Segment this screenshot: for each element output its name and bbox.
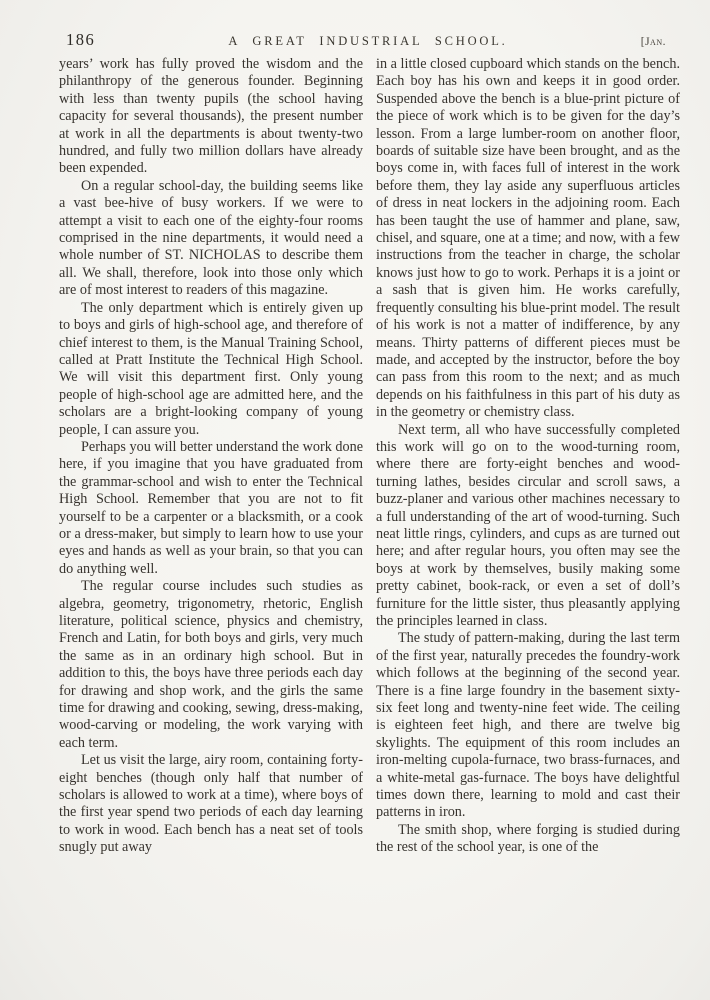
scanned-page: 186 A GREAT INDUSTRIAL SCHOOL. [Jan. yea… [0, 0, 710, 1000]
paragraph: The only department which is entirely gi… [59, 300, 363, 439]
page-number: 186 [66, 30, 95, 50]
page-header: 186 A GREAT INDUSTRIAL SCHOOL. [Jan. [66, 30, 666, 50]
issue-label: [Jan. [641, 36, 666, 48]
paragraph: Perhaps you will better understand the w… [59, 439, 363, 578]
paragraph: The study of pattern-making, during the … [376, 630, 680, 821]
left-column: years’ work has fully proved the wisdom … [59, 56, 363, 857]
paragraph: On a regular school-day, the building se… [59, 178, 363, 300]
paragraph: in a little closed cupboard which stands… [376, 56, 680, 422]
running-title: A GREAT INDUSTRIAL SCHOOL. [95, 34, 641, 49]
paragraph: The smith shop, where forging is studied… [376, 822, 680, 857]
paragraph: Next term, all who have successfully com… [376, 422, 680, 631]
paragraph: The regular course includes such studies… [59, 578, 363, 752]
text-columns: years’ work has fully proved the wisdom … [59, 56, 680, 857]
right-column: in a little closed cupboard which stands… [376, 56, 680, 857]
paragraph: years’ work has fully proved the wisdom … [59, 56, 363, 178]
paragraph: Let us visit the large, airy room, conta… [59, 752, 363, 856]
